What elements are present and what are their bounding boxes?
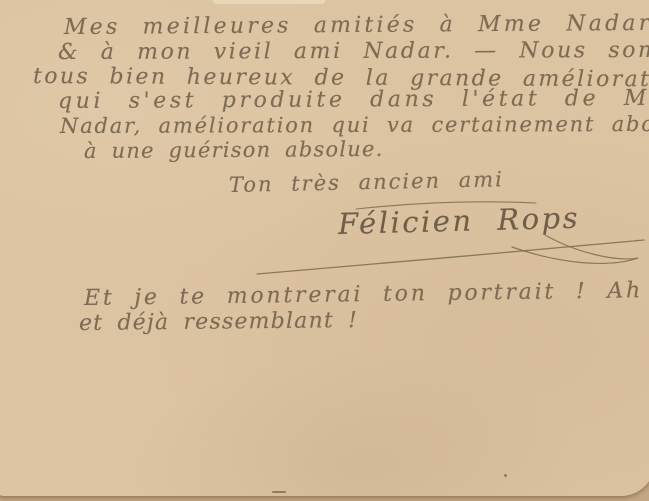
paper-speck <box>272 491 286 493</box>
scanned-letter: Mes meilleures amitiés à Mme Nadar & à m… <box>0 0 649 501</box>
letter-line: qui s'est produite dans l'état de Mme <box>58 86 649 114</box>
letter-line: & à mon vieil ami Nadar. — Nous sommes <box>58 38 649 65</box>
letter-line: à une guérison absolue. <box>84 137 384 163</box>
letter-line: Mes meilleures amitiés à Mme Nadar <box>64 11 649 40</box>
paper-top-edge <box>213 0 325 4</box>
letter-line: Nadar, amélioration qui va certainement … <box>60 112 649 138</box>
signature: Félicien Rops <box>338 201 581 241</box>
postscript-line: et déjà ressemblant ! <box>79 308 358 336</box>
paper-speck <box>504 474 507 477</box>
